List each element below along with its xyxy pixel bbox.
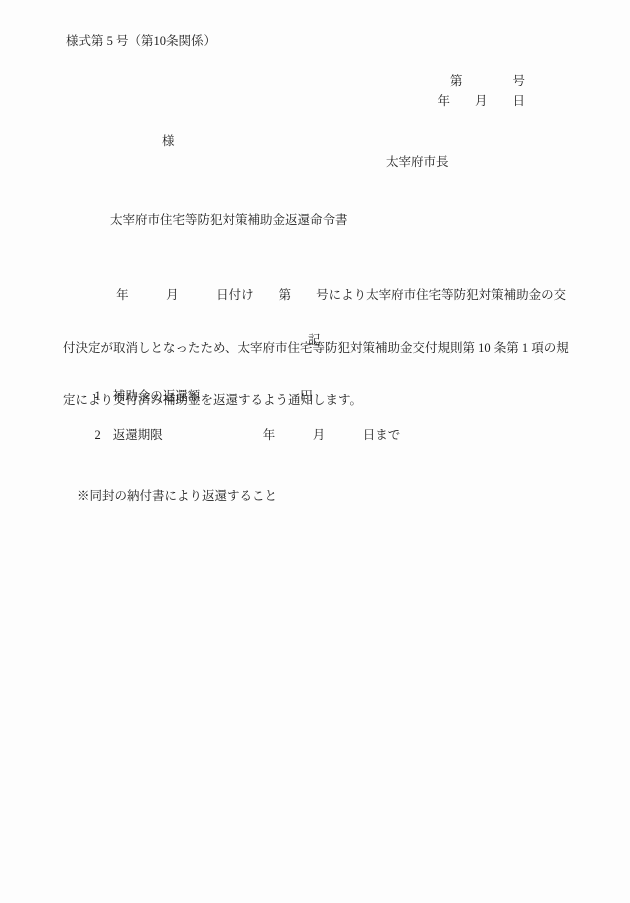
list-item-number: 1	[95, 389, 101, 404]
document-number-line: 第 号	[450, 74, 525, 89]
list-item-text: 返還期限 年 月 日まで	[113, 428, 401, 442]
ki-section-heading: 記	[308, 333, 321, 348]
issue-date-line: 年 月 日	[437, 94, 525, 109]
list-item-number: 2	[95, 428, 101, 443]
list-item-refund-deadline: 2返還期限 年 月 日まで	[82, 413, 400, 458]
return-instruction-note: ※同封の納付書により返還すること	[77, 489, 277, 504]
list-item-text: 補助金の返還額 円	[113, 389, 313, 403]
sender-title: 太宰府市長	[386, 155, 449, 170]
body-paragraph-line-2: 付決定が取消しとなったため、太宰府市住宅等防犯対策補助金交付規則第 10 条第 …	[63, 337, 583, 360]
form-number-label: 様式第 5 号（第10条関係）	[66, 34, 216, 49]
document-page: 様式第 5 号（第10条関係） 第 号 年 月 日 様 太宰府市長 太宰府市住宅…	[0, 0, 630, 903]
body-paragraph-line-1: 年 月 日付け 第 号により太宰府市住宅等防犯対策補助金の交	[63, 284, 583, 307]
document-title: 太宰府市住宅等防犯対策補助金返還命令書	[110, 213, 348, 228]
addressee-honorific: 様	[162, 134, 175, 149]
